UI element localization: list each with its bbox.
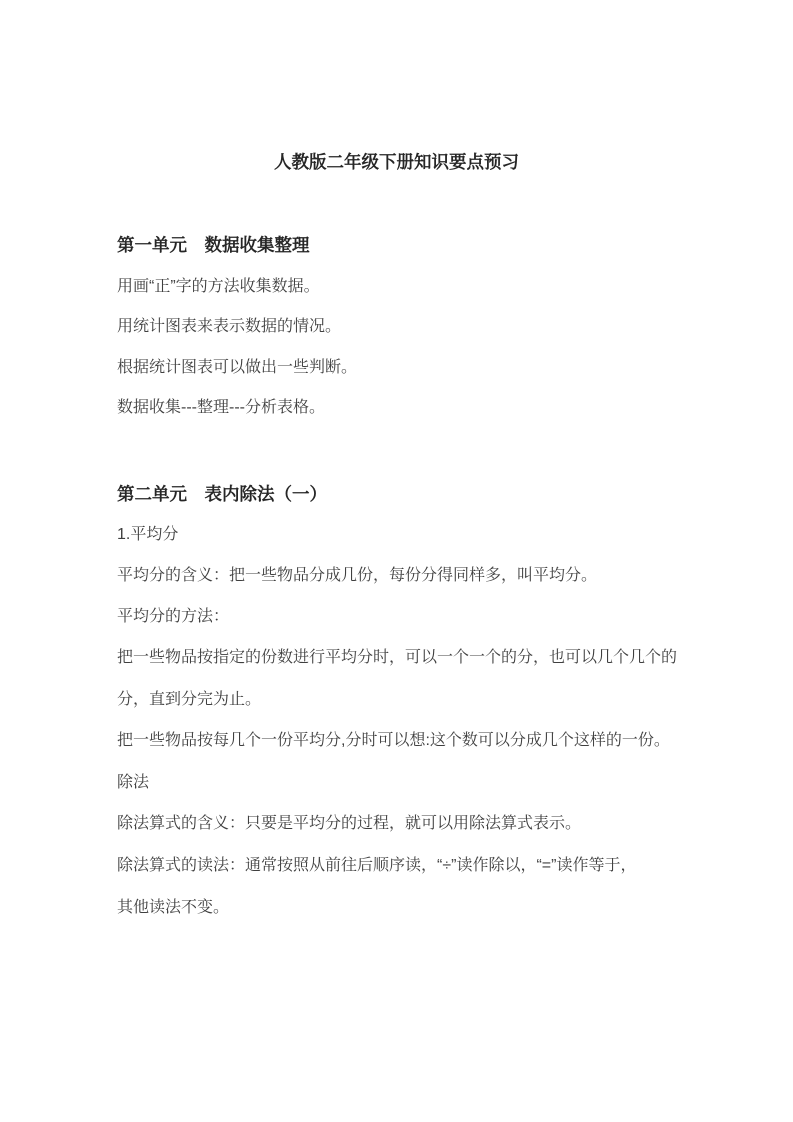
section-2-heading: 第二单元 表内除法（一） bbox=[117, 482, 327, 506]
body-line: 除法算式的含义：只要是平均分的过程，就可以用除法算式表示。 bbox=[117, 812, 581, 836]
body-line: 除法算式的读法：通常按照从前往后顺序读，“÷”读作除以，“=”读作等于， bbox=[117, 854, 636, 878]
document-page: 人教版二年级下册知识要点预习 第一单元 数据收集整理 用画“正”字的方法收集数据… bbox=[0, 0, 793, 1122]
document-title: 人教版二年级下册知识要点预习 bbox=[0, 150, 793, 174]
body-line: 根据统计图表可以做出一些判断。 bbox=[117, 356, 357, 380]
body-line: 除法 bbox=[117, 771, 149, 795]
body-line: 其他读法不变。 bbox=[117, 896, 229, 920]
section-1-heading: 第一单元 数据收集整理 bbox=[117, 233, 310, 257]
body-line: 用统计图表来表示数据的情况。 bbox=[117, 315, 341, 339]
body-line: 用画“正”字的方法收集数据。 bbox=[117, 275, 320, 299]
body-line: 1.平均分 bbox=[117, 523, 178, 547]
body-line: 数据收集---整理---分析表格。 bbox=[117, 396, 325, 420]
body-line: 平均分的含义：把一些物品分成几份，每份分得同样多，叫平均分。 bbox=[117, 564, 597, 588]
body-line: 分，直到分完为止。 bbox=[117, 688, 261, 712]
body-line: 把一些物品按指定的份数进行平均分时，可以一个一个的分，也可以几个几个的 bbox=[117, 646, 677, 670]
body-line: 把一些物品按每几个一份平均分,分时可以想:这个数可以分成几个这样的一份。 bbox=[117, 729, 670, 753]
body-line: 平均分的方法： bbox=[117, 605, 229, 629]
